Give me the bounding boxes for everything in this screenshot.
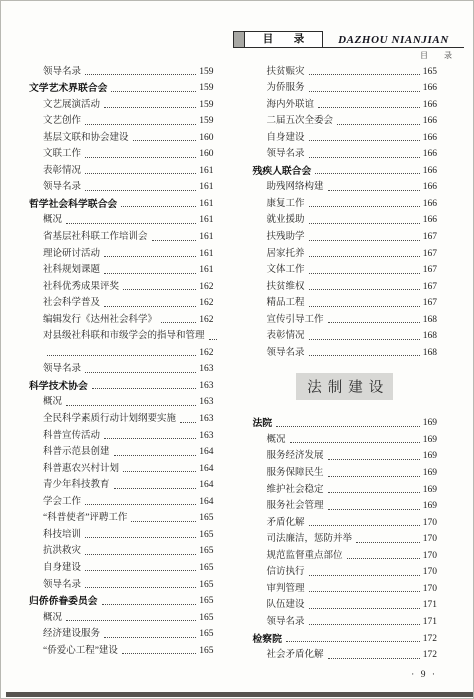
entry-page: 160: [199, 148, 213, 161]
toc-entry: 领导名录171: [253, 612, 438, 629]
entry-title: 检察院: [253, 633, 282, 646]
entry-page: 169: [423, 484, 437, 497]
entry-page: 164: [199, 446, 213, 459]
toc-entry: 领导名录163: [29, 360, 214, 377]
toc-entry: 对县级社科联和市级学会的指导和管理: [29, 327, 214, 344]
dot-leader: [104, 306, 196, 307]
toc-entry: 理论研讨活动161: [29, 244, 214, 261]
toc-entry: 队伍建设171: [253, 596, 438, 613]
dot-leader: [133, 140, 197, 141]
entry-page: 166: [423, 198, 437, 211]
entry-title: 自身建设: [43, 562, 81, 575]
toc-entry: 学会工作164: [29, 492, 214, 509]
entry-page: 166: [423, 132, 437, 145]
entry-title: 领导名录: [43, 579, 81, 592]
entry-page: 162: [199, 297, 213, 310]
scan-bottom-edge: [6, 692, 473, 697]
entry-page: 172: [423, 633, 437, 646]
toc-entry: 文艺创作159: [29, 112, 214, 129]
dot-leader: [309, 289, 420, 290]
dot-leader: [309, 355, 420, 356]
dot-leader: [85, 173, 196, 174]
dot-leader: [309, 74, 420, 75]
dot-leader: [85, 124, 196, 125]
toc-section-entry: 法院169: [253, 414, 438, 431]
dot-leader: [309, 157, 420, 158]
entry-page: 163: [199, 380, 213, 393]
entry-page: 165: [199, 529, 213, 542]
toc-entry: 为侨服务166: [253, 79, 438, 96]
dot-leader: [309, 273, 420, 274]
entry-page: 169: [423, 467, 437, 480]
entry-title: 残疾人联合会: [253, 165, 312, 178]
entry-title: 领导名录: [267, 347, 305, 360]
toc-entry: 科普示范县创建164: [29, 443, 214, 460]
dot-leader: [121, 206, 196, 207]
dot-leader: [328, 476, 420, 477]
toc-entry: 表彰情况168: [253, 327, 438, 344]
toc-column-right: 扶贫赈灾165为侨服务166海内外联谊166二届五次全委会166自身建设166领…: [253, 62, 438, 662]
entry-page: 168: [423, 314, 437, 327]
dot-leader: [114, 455, 197, 456]
toc-entry: 精品工程167: [253, 294, 438, 311]
entry-page: 162: [199, 281, 213, 294]
dot-leader: [356, 542, 420, 543]
section-banner: 法制建设: [296, 373, 393, 400]
entry-title: 法院: [253, 417, 273, 430]
entry-title: 社会矛盾化解: [267, 649, 324, 662]
dot-leader: [328, 322, 420, 323]
dot-leader: [104, 273, 196, 274]
toc-entry: 省基层社科联工作培训会161: [29, 227, 214, 244]
toc-entry: 抗洪救灾165: [29, 542, 214, 559]
entry-title: 扶贫维权: [267, 281, 305, 294]
toc-entry: 扶贫赈灾165: [253, 62, 438, 79]
dot-leader: [114, 488, 197, 489]
dot-leader: [85, 570, 196, 571]
toc-entry: 维护社会稳定169: [253, 480, 438, 497]
toc-tab-label: 目 录: [245, 32, 322, 47]
entry-page: 161: [199, 198, 213, 211]
dot-leader: [122, 653, 196, 654]
toc-entry: 审判管理170: [253, 579, 438, 596]
toc-entry: 领导名录165: [29, 575, 214, 592]
entry-page: 161: [199, 214, 213, 227]
dot-leader: [309, 140, 420, 141]
entry-title: 宣传引导工作: [267, 314, 324, 327]
toc-entry: 基层文联和协会建设160: [29, 128, 214, 145]
dot-leader: [111, 91, 196, 92]
entry-title: 助残网络构建: [267, 181, 324, 194]
toc-entry: 就业援助166: [253, 211, 438, 228]
entry-page: 167: [423, 264, 437, 277]
entry-title: 领导名录: [267, 148, 305, 161]
journal-title: DAZHOU NIANJIAN: [338, 34, 449, 47]
entry-title: 文体工作: [267, 264, 305, 277]
entry-page: 168: [423, 347, 437, 360]
dot-leader: [161, 322, 196, 323]
dot-leader: [66, 620, 196, 621]
toc-section-entry: 科学技术协会163: [29, 376, 214, 393]
entry-title: 科普惠农兴村计划: [43, 463, 119, 476]
header-square-icon: [234, 32, 245, 47]
entry-page: 166: [423, 181, 437, 194]
entry-title: 学会工作: [43, 496, 81, 509]
entry-page: 170: [423, 517, 437, 530]
toc-entry: 领导名录161: [29, 178, 214, 195]
dot-leader: [102, 604, 197, 605]
entry-title: 为侨服务: [267, 82, 305, 95]
entry-page: 163: [199, 430, 213, 443]
entry-title: 服务社会管理: [267, 500, 324, 513]
toc-entry: 领导名录168: [253, 343, 438, 360]
entry-page: 169: [423, 450, 437, 463]
dot-leader: [328, 492, 420, 493]
entry-title: 社科优秀成果评奖: [43, 281, 119, 294]
dot-leader: [328, 190, 420, 191]
entry-page: 171: [423, 616, 437, 629]
toc-entry: 青少年科技教育164: [29, 476, 214, 493]
entry-page: 161: [199, 181, 213, 194]
toc-entry: “科普使者”评聘工作165: [29, 509, 214, 526]
toc-section-entry: 文学艺术界联合会159: [29, 79, 214, 96]
toc-entry: 概况165: [29, 608, 214, 625]
entry-title: 概况: [43, 396, 62, 409]
toc-entry: 社科规划课题161: [29, 261, 214, 278]
entry-title: 全民科学素质行动计划纲要实施: [43, 413, 176, 426]
entry-title: 服务经济发展: [267, 450, 324, 463]
dot-leader: [309, 624, 420, 625]
running-head: 目 录: [420, 50, 456, 61]
entry-title: 哲学社会科学联合会: [29, 198, 117, 211]
entry-title: 青少年科技教育: [43, 479, 110, 492]
toc-section-entry: 残疾人联合会166: [253, 161, 438, 178]
dot-leader: [85, 587, 196, 588]
entry-page: 172: [423, 649, 437, 662]
toc-entry: 科普惠农兴村计划164: [29, 459, 214, 476]
entry-page: 167: [423, 297, 437, 310]
entry-title: 概况: [43, 214, 62, 227]
dot-leader: [276, 426, 420, 427]
entry-title: 表彰情况: [267, 330, 305, 343]
entry-title: 居家托养: [267, 248, 305, 261]
toc-entry: 科技培训165: [29, 525, 214, 542]
entry-page: 165: [199, 512, 213, 525]
toc-entry: 编辑发行《达州社会科学》162: [29, 310, 214, 327]
entry-title: 表彰情况: [43, 165, 81, 178]
entry-page: 166: [423, 82, 437, 95]
entry-title: 概况: [267, 434, 286, 447]
dot-leader: [85, 537, 196, 538]
dot-leader: [328, 509, 420, 510]
dot-leader: [309, 575, 420, 576]
toc-entry: 规范监督重点部位170: [253, 546, 438, 563]
entry-page: 163: [199, 413, 213, 426]
entry-page: 164: [199, 463, 213, 476]
dot-leader: [131, 521, 196, 522]
entry-title: 理论研讨活动: [43, 248, 100, 261]
entry-title: 概况: [43, 612, 62, 625]
entry-page: 171: [423, 599, 437, 612]
dot-leader: [85, 504, 196, 505]
toc-entry: 领导名录166: [253, 145, 438, 162]
dot-leader: [85, 372, 196, 373]
entry-page: 169: [423, 434, 437, 447]
dot-leader: [66, 223, 196, 224]
toc-entry: 二届五次全委会166: [253, 112, 438, 129]
dot-leader: [123, 471, 196, 472]
entry-page: 170: [423, 550, 437, 563]
entry-page: 161: [199, 248, 213, 261]
toc-entry: “侨爱心工程”建设165: [29, 641, 214, 658]
dot-leader: [92, 388, 196, 389]
entry-page: 163: [199, 396, 213, 409]
dot-leader: [286, 641, 420, 642]
entry-title: 规范监督重点部位: [267, 550, 343, 563]
entry-title: 编辑发行《达州社会科学》: [43, 314, 157, 327]
entry-title: 领导名录: [43, 66, 81, 79]
entry-page: 162: [199, 347, 213, 360]
entry-title: 基层文联和协会建设: [43, 132, 129, 145]
dot-leader: [123, 289, 196, 290]
entry-page: 167: [423, 248, 437, 261]
entry-title: 领导名录: [43, 363, 81, 376]
toc-entry: 自身建设166: [253, 128, 438, 145]
entry-page: 164: [199, 496, 213, 509]
dot-leader: [85, 74, 196, 75]
entry-page: 170: [423, 566, 437, 579]
entry-title: 文艺展演活动: [43, 99, 100, 112]
entry-page: 163: [199, 363, 213, 376]
entry-title: “科普使者”评聘工作: [43, 512, 127, 525]
entry-page: 166: [423, 214, 437, 227]
entry-title: 矛盾化解: [267, 517, 305, 530]
dot-leader: [318, 107, 420, 108]
toc-section-entry: 归侨侨眷委员会165: [29, 592, 214, 609]
entry-title: 科普宣传活动: [43, 430, 100, 443]
dot-leader: [85, 554, 196, 555]
entry-page: 165: [199, 579, 213, 592]
dot-leader: [309, 240, 420, 241]
entry-page: 166: [423, 148, 437, 161]
dot-leader: [309, 306, 420, 307]
entry-title: 经济建设服务: [43, 628, 100, 641]
dot-leader: [309, 525, 420, 526]
entry-title: 文学艺术界联合会: [29, 82, 107, 95]
toc-entry: 服务保障民生169: [253, 463, 438, 480]
entry-page: 159: [199, 66, 213, 79]
entry-page: 161: [199, 231, 213, 244]
entry-page: 159: [199, 99, 213, 112]
entry-title: 海内外联谊: [267, 99, 315, 112]
entry-page: 166: [423, 99, 437, 112]
toc-tab-box: 目 录: [233, 31, 323, 48]
toc-entry: 宣传引导工作168: [253, 310, 438, 327]
entry-title: 科普示范县创建: [43, 446, 110, 459]
header-rule: DAZHOU NIANJIAN: [323, 31, 464, 48]
dot-leader: [47, 355, 196, 356]
toc-entry: 领导名录159: [29, 62, 214, 79]
toc-entry: 自身建设165: [29, 558, 214, 575]
entry-title: 队伍建设: [267, 599, 305, 612]
entry-page: 165: [199, 562, 213, 575]
entry-title: 归侨侨眷委员会: [29, 595, 98, 608]
toc-columns: 领导名录159文学艺术界联合会159文艺展演活动159文艺创作159基层文联和协…: [29, 62, 437, 662]
entry-title: 抗洪救灾: [43, 545, 81, 558]
dot-leader: [290, 442, 420, 443]
toc-column-left: 领导名录159文学艺术界联合会159文艺展演活动159文艺创作159基层文联和协…: [29, 62, 214, 662]
entry-title: 对县级社科联和市级学会的指导和管理: [43, 330, 205, 343]
toc-entry: 文艺展演活动159: [29, 95, 214, 112]
entry-title: 领导名录: [43, 181, 81, 194]
toc-page: 目 录 DAZHOU NIANJIAN 目 录 领导名录159文学艺术界联合会1…: [0, 0, 474, 699]
dot-leader: [104, 637, 196, 638]
toc-entry: 康复工作166: [253, 194, 438, 211]
entry-page: 159: [199, 115, 213, 128]
toc-entry: 矛盾化解170: [253, 513, 438, 530]
dot-leader: [309, 608, 420, 609]
entry-title: 科学技术协会: [29, 380, 88, 393]
entry-title: 审判管理: [267, 583, 305, 596]
toc-entry: 助残网络构建166: [253, 178, 438, 195]
toc-entry: 居家托养167: [253, 244, 438, 261]
dot-leader: [85, 157, 196, 158]
dot-leader: [328, 459, 420, 460]
entry-page: 166: [423, 115, 437, 128]
entry-title: 省基层社科联工作培训会: [43, 231, 148, 244]
toc-entry: 社科优秀成果评奖162: [29, 277, 214, 294]
dot-leader: [152, 240, 197, 241]
toc-entry: 服务经济发展169: [253, 447, 438, 464]
dot-leader: [315, 173, 419, 174]
entry-page: 169: [423, 500, 437, 513]
entry-title: 就业援助: [267, 214, 305, 227]
toc-entry: 社会科学普及162: [29, 294, 214, 311]
toc-section-entry: 哲学社会科学联合会161: [29, 194, 214, 211]
dot-leader: [309, 339, 420, 340]
dot-leader: [209, 339, 217, 340]
dot-leader: [85, 190, 196, 191]
entry-title: 二届五次全委会: [267, 115, 334, 128]
entry-page: 165: [199, 545, 213, 558]
entry-title: 文艺创作: [43, 115, 81, 128]
entry-title: 康复工作: [267, 198, 305, 211]
entry-page: 160: [199, 132, 213, 145]
toc-entry: 文体工作167: [253, 261, 438, 278]
toc-entry: 表彰情况161: [29, 161, 214, 178]
page-header: 目 录 DAZHOU NIANJIAN: [233, 31, 464, 48]
toc-entry: 概况163: [29, 393, 214, 410]
entry-page: 167: [423, 281, 437, 294]
toc-entry: 经济建设服务165: [29, 625, 214, 642]
entry-title: 精品工程: [267, 297, 305, 310]
toc-entry: 162: [29, 343, 214, 360]
entry-page: 164: [199, 479, 213, 492]
dot-leader: [104, 438, 196, 439]
dot-leader: [309, 591, 420, 592]
dot-leader: [104, 107, 196, 108]
entry-page: 168: [423, 330, 437, 343]
entry-page: 162: [199, 314, 213, 327]
toc-entry: 海内外联谊166: [253, 95, 438, 112]
entry-page: 165: [423, 66, 437, 79]
toc-entry: 科普宣传活动163: [29, 426, 214, 443]
entry-title: 扶残助学: [267, 231, 305, 244]
entry-page: 165: [199, 645, 213, 658]
entry-title: 维护社会稳定: [267, 484, 324, 497]
entry-title: “侨爱心工程”建设: [43, 645, 118, 658]
dot-leader: [180, 422, 196, 423]
entry-title: 文联工作: [43, 148, 81, 161]
dot-leader: [66, 405, 196, 406]
entry-page: 165: [199, 628, 213, 641]
toc-entry: 信访执行170: [253, 563, 438, 580]
toc-section-entry: 检察院172: [253, 629, 438, 646]
toc-entry: 服务社会管理169: [253, 497, 438, 514]
dot-leader: [309, 223, 420, 224]
entry-title: 领导名录: [267, 616, 305, 629]
section-banner-area: 法制建设: [253, 360, 438, 414]
toc-entry: 司法廉洁，惩防并举170: [253, 530, 438, 547]
entry-title: 服务保障民生: [267, 467, 324, 480]
dot-leader: [337, 124, 420, 125]
entry-page: 161: [199, 165, 213, 178]
entry-title: 科技培训: [43, 529, 81, 542]
dot-leader: [309, 91, 420, 92]
entry-page: 165: [199, 595, 213, 608]
entry-title: 自身建设: [267, 132, 305, 145]
toc-entry: 扶贫维权167: [253, 277, 438, 294]
page-number: · 9 ·: [411, 670, 437, 680]
toc-entry: 社会矛盾化解172: [253, 646, 438, 663]
dot-leader: [347, 558, 420, 559]
entry-title: 司法廉洁，惩防并举: [267, 533, 353, 546]
entry-page: 166: [423, 165, 437, 178]
entry-page: 170: [423, 583, 437, 596]
entry-title: 扶贫赈灾: [267, 66, 305, 79]
dot-leader: [104, 256, 196, 257]
toc-entry: 概况161: [29, 211, 214, 228]
entry-page: 161: [199, 264, 213, 277]
toc-entry: 扶残助学167: [253, 227, 438, 244]
entry-title: 信访执行: [267, 566, 305, 579]
dot-leader: [309, 206, 420, 207]
entry-page: 167: [423, 231, 437, 244]
entry-title: 社会科学普及: [43, 297, 100, 310]
toc-entry: 概况169: [253, 430, 438, 447]
entry-page: 165: [199, 612, 213, 625]
entry-page: 159: [199, 82, 213, 95]
entry-page: 170: [423, 533, 437, 546]
dot-leader: [309, 256, 420, 257]
toc-entry: 文联工作160: [29, 145, 214, 162]
entry-title: 社科规划课题: [43, 264, 100, 277]
dot-leader: [328, 658, 420, 659]
entry-page: 169: [423, 417, 437, 430]
toc-entry: 全民科学素质行动计划纲要实施163: [29, 409, 214, 426]
